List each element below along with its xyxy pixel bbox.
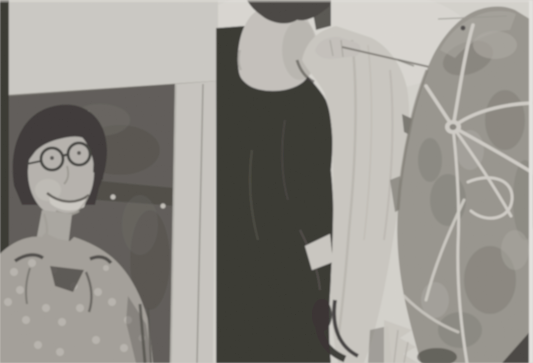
photograph (0, 0, 533, 363)
film-grain-overlay (0, 0, 533, 363)
photo-canvas (0, 0, 533, 363)
